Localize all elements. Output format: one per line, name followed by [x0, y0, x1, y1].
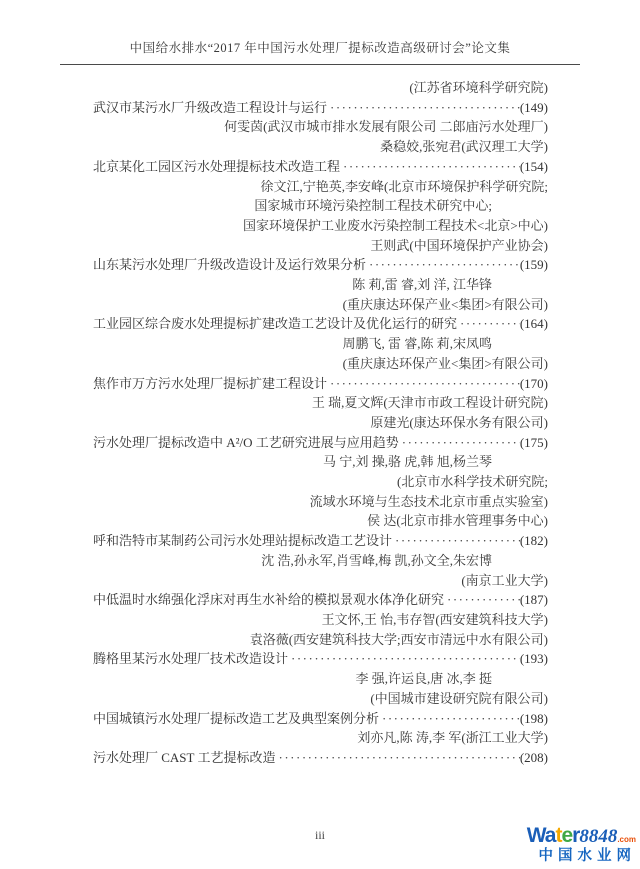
toc-entry-title: 焦作市万方污水处理厂提标扩建工程设计	[93, 374, 327, 394]
toc-entry-authors: 王则武(中国环境保护产业协会)	[93, 236, 548, 256]
toc-entry-page-number: (193)	[520, 649, 548, 669]
brand-letter: Wa	[527, 824, 556, 847]
toc-entry-title-row[interactable]: 腾格里某污水处理厂技术改造设计 ························…	[93, 649, 548, 669]
toc-entry-authors: (重庆康达环保产业<集团>有限公司)	[93, 295, 548, 315]
toc-entry-title-row[interactable]: 呼和浩特市某制药公司污水处理站提标改造工艺设计 ················…	[93, 531, 548, 551]
dot-leader: ········································…	[340, 157, 520, 177]
toc-entry-title-row[interactable]: 焦作市万方污水处理厂提标扩建工程设计 ·····················…	[93, 374, 548, 394]
toc-entry-authors: 袁洛薇(西安建筑科技大学;西安市清远中水有限公司)	[93, 630, 548, 650]
dot-leader: ········································…	[457, 314, 520, 334]
dot-leader: ········································…	[444, 590, 520, 610]
toc-entry: 武汉市某污水厂升级改造工程设计与运行 ·····················…	[93, 98, 548, 157]
brand-number: 8848	[579, 826, 617, 847]
dot-leader: ········································…	[327, 98, 520, 118]
page-header: 中国给水排水“2017 年中国污水处理厂提标改造高级研讨会”论文集	[60, 38, 580, 65]
toc-list: (江苏省环境科学研究院) 武汉市某污水厂升级改造工程设计与运行 ········…	[93, 78, 548, 768]
toc-entry-authors: (南京工业大学)	[93, 571, 548, 591]
toc-entry: 焦作市万方污水处理厂提标扩建工程设计 ·····················…	[93, 374, 548, 433]
toc-entry-authors: (北京市水科学技术研究院;	[93, 472, 548, 492]
toc-entry: 中国城镇污水处理厂提标改造工艺及典型案例分析 ·················…	[93, 709, 548, 748]
toc-entry: 山东某污水处理厂升级改造设计及运行效果分析 ··················…	[93, 255, 548, 314]
water-wordmark: Water	[527, 829, 580, 846]
toc-entry-title: 呼和浩特市某制药公司污水处理站提标改造工艺设计	[93, 531, 392, 551]
dot-leader: ········································…	[392, 531, 520, 551]
water8848-brand: Water8848.com	[494, 825, 636, 846]
toc-entry-title-row[interactable]: 污水处理厂 CAST 工艺提标改造 ······················…	[93, 748, 548, 768]
toc-entry-authors: 王 瑞,夏文辉(天津市市政工程设计研究院)	[93, 393, 548, 413]
toc-entry-title-row[interactable]: 北京某化工园区污水处理提标技术改造工程 ····················…	[93, 157, 548, 177]
dot-leader: ········································…	[288, 649, 520, 669]
toc-entry-authors: (中国城市建设研究院有限公司)	[93, 689, 548, 709]
toc-entry-title-row[interactable]: 中低温时水绵强化浮床对再生水补给的模拟景观水体净化研究 ············…	[93, 590, 548, 610]
toc-entry-title: 山东某污水处理厂升级改造设计及运行效果分析	[93, 255, 366, 275]
toc-entry-page-number: (149)	[520, 98, 548, 118]
toc-entry-page-number: (170)	[520, 374, 548, 394]
toc-entry: 呼和浩特市某制药公司污水处理站提标改造工艺设计 ················…	[93, 531, 548, 590]
toc-entry: 污水处理厂 CAST 工艺提标改造 ······················…	[93, 748, 548, 768]
toc-entry: 北京某化工园区污水处理提标技术改造工程 ····················…	[93, 157, 548, 256]
toc-entry-authors: 国家城市环境污染控制工程技术研究中心;	[93, 196, 548, 216]
toc-entry-page-number: (198)	[520, 709, 548, 729]
toc-entry-authors: 刘亦凡,陈 涛,李 军(浙江工业大学)	[93, 728, 548, 748]
toc-entry: 中低温时水绵强化浮床对再生水补给的模拟景观水体净化研究 ············…	[93, 590, 548, 649]
toc-entry-title: 污水处理厂 CAST 工艺提标改造	[93, 748, 276, 768]
toc-entry-title: 中低温时水绵强化浮床对再生水补给的模拟景观水体净化研究	[93, 590, 444, 610]
toc-entry-authors: 马 宁,刘 操,骆 虎,韩 旭,杨兰琴	[93, 452, 548, 472]
toc-entry-authors: 原建光(康达环保水务有限公司)	[93, 413, 548, 433]
toc-entry-authors: (江苏省环境科学研究院)	[93, 78, 548, 98]
dot-leader: ········································…	[327, 374, 520, 394]
toc-entry-title: 北京某化工园区污水处理提标技术改造工程	[93, 157, 340, 177]
dot-leader: ········································…	[366, 255, 520, 275]
toc-entry-authors: 陈 莉,雷 睿,刘 洋, 江华锋	[93, 275, 548, 295]
toc-entry-authors: 李 强,许运良,唐 冰,李 挺	[93, 669, 548, 689]
toc-entry-page-number: (175)	[520, 433, 548, 453]
toc-entry-page-number: (182)	[520, 531, 548, 551]
toc-entry-authors: (重庆康达环保产业<集团>有限公司)	[93, 354, 548, 374]
toc-entry-authors: 王文怀,王 怡,韦存智(西安建筑科技大学)	[93, 610, 548, 630]
toc-entry: 污水处理厂提标改造中 A²/O 工艺研究进展与应用趋势 ············…	[93, 433, 548, 532]
toc-entry-title: 工业园区综合废水处理提标扩建改造工艺设计及优化运行的研究	[93, 314, 457, 334]
document-page: 中国给水排水“2017 年中国污水处理厂提标改造高级研讨会”论文集 (江苏省环境…	[0, 0, 640, 869]
toc-entry-title-row[interactable]: 工业园区综合废水处理提标扩建改造工艺设计及优化运行的研究 ···········…	[93, 314, 548, 334]
toc-entry-authors: 流域水环境与生态技术北京市重点实验室)	[93, 492, 548, 512]
toc-entry-title-row[interactable]: 山东某污水处理厂升级改造设计及运行效果分析 ··················…	[93, 255, 548, 275]
brand-domain-suffix: .com	[617, 835, 636, 844]
toc-entry-page-number: (187)	[520, 590, 548, 610]
toc-entry-authors: 周鹏飞, 雷 睿,陈 莉,宋凤鸣	[93, 334, 548, 354]
toc-entry-authors: 桑稳姣,张宛君(武汉理工大学)	[93, 137, 548, 157]
toc-entry-page-number: (164)	[520, 314, 548, 334]
toc-entry-title: 腾格里某污水处理厂技术改造设计	[93, 649, 288, 669]
toc-entry-page-number: (208)	[520, 748, 548, 768]
brand-letter: e	[561, 824, 572, 847]
toc-entry-authors: 侯 达(北京市排水管理事务中心)	[93, 511, 548, 531]
toc-entry-title: 中国城镇污水处理厂提标改造工艺及典型案例分析	[93, 709, 379, 729]
toc-entry-authors: 何雯茵(武汉市城市排水发展有限公司 二郎庙污水处理厂)	[93, 117, 548, 137]
dot-leader: ········································…	[399, 433, 520, 453]
dot-leader: ········································…	[276, 748, 520, 768]
toc-entry-title-row[interactable]: 污水处理厂提标改造中 A²/O 工艺研究进展与应用趋势 ············…	[93, 433, 548, 453]
toc-entry: 腾格里某污水处理厂技术改造设计 ························…	[93, 649, 548, 708]
toc-entry-title-row[interactable]: 武汉市某污水厂升级改造工程设计与运行 ·····················…	[93, 98, 548, 118]
china-water-industry-net-label: 中国水业网	[494, 849, 636, 864]
toc-entry-title-row[interactable]: 中国城镇污水处理厂提标改造工艺及典型案例分析 ·················…	[93, 709, 548, 729]
toc-entry-title: 污水处理厂提标改造中 A²/O 工艺研究进展与应用趋势	[93, 433, 399, 453]
toc-entry-title: 武汉市某污水厂升级改造工程设计与运行	[93, 98, 327, 118]
toc-entry-page-number: (154)	[520, 157, 548, 177]
toc-entry-authors: 徐文江,宁艳英,李安峰(北京市环境保护科学研究院;	[93, 177, 548, 197]
dot-leader: ········································…	[379, 709, 520, 729]
toc-entry-authors: 国家环境保护工业废水污染控制工程技术<北京>中心)	[93, 216, 548, 236]
toc-entry-page-number: (159)	[520, 255, 548, 275]
water8848-watermark-logo: Water8848.com 中国水业网	[494, 825, 636, 864]
toc-entry-authors: 沈 浩,孙永军,肖雪峰,梅 凯,孙文全,朱宏博	[93, 551, 548, 571]
toc-entry: 工业园区综合废水处理提标扩建改造工艺设计及优化运行的研究 ···········…	[93, 314, 548, 373]
